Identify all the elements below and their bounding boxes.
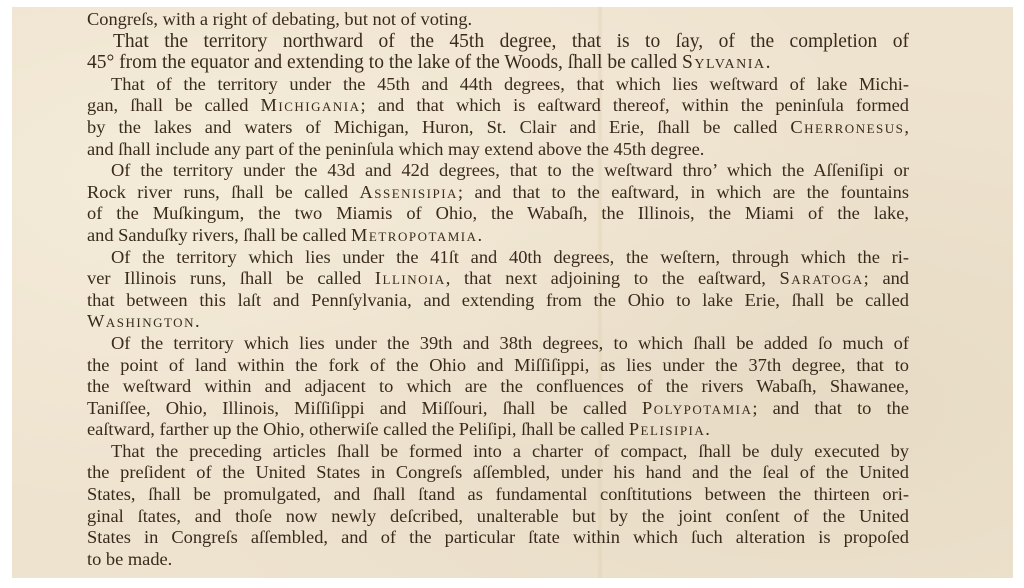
territory-name-michigania: Michigania bbox=[261, 95, 361, 115]
text-line: the weſtward within and adjacent to whic… bbox=[87, 376, 909, 398]
territory-name-sylvania: Sylvania bbox=[682, 52, 766, 73]
territory-name-metropotamia: Metropotamia bbox=[351, 225, 477, 245]
text-line: Rock river runs, ſhall be called Assenis… bbox=[87, 182, 909, 204]
text-line: 45° from the equator and extending to th… bbox=[87, 52, 909, 74]
territory-name-assenisipia: Assenisipia bbox=[360, 182, 458, 202]
text-fragment: , that next adjoining to the eaſtward, bbox=[446, 268, 780, 288]
text-fragment: Taniſſee, Ohio, Illinois, Miſſiſippi and… bbox=[87, 398, 642, 418]
text-line: That of the territory under the 45th and… bbox=[87, 74, 909, 96]
text-line: and Sanduſky rivers, ſhall be called Met… bbox=[87, 225, 909, 247]
territory-name-saratoga: Saratoga bbox=[780, 268, 864, 288]
text-fragment: . bbox=[478, 225, 483, 245]
text-line: States, ſhall be promulgated, and ſhall … bbox=[87, 484, 909, 506]
text-fragment: 45° from the equator and extending to th… bbox=[87, 52, 682, 73]
text-fragment: by the lakes and waters of Michigan, Hur… bbox=[87, 117, 790, 137]
text-fragment: gan, ſhall be called bbox=[87, 95, 261, 115]
text-fragment: ; and bbox=[864, 268, 909, 288]
text-line: Washington. bbox=[87, 311, 909, 333]
text-line: that between this laſt and Pennſylvania,… bbox=[87, 290, 909, 312]
territory-name-pelisipia: Pelisipia bbox=[629, 419, 705, 439]
text-fragment: . bbox=[766, 52, 771, 73]
text-line: to be made. bbox=[87, 549, 909, 571]
territory-name-illinoia: Illinoia bbox=[375, 268, 446, 288]
text-line: That the preceding articles ſhall be for… bbox=[87, 441, 909, 463]
text-line: the point of land within the fork of the… bbox=[87, 355, 909, 377]
text-line: Of the territory which lies under the 39… bbox=[87, 333, 909, 355]
text-line: of the Muſkingum, the two Miamis of Ohio… bbox=[87, 203, 909, 225]
text-fragment: ; and that to the eaſtward, in which are… bbox=[458, 182, 909, 202]
text-line: by the lakes and waters of Michigan, Hur… bbox=[87, 117, 909, 139]
text-line: ginal ſtates, and thoſe now newly deſcri… bbox=[87, 506, 909, 528]
document-body: Congreſs, with a right of debating, but … bbox=[87, 9, 909, 570]
text-fragment: ; and that to the bbox=[752, 398, 909, 418]
text-fragment: , bbox=[904, 117, 909, 137]
text-fragment: . bbox=[195, 311, 200, 331]
text-fragment: . bbox=[705, 419, 710, 439]
text-line: Congreſs, with a right of debating, but … bbox=[87, 9, 909, 31]
territory-name-washington: Washington bbox=[87, 311, 195, 331]
text-line: eaſtward, farther up the Ohio, otherwiſe… bbox=[87, 419, 909, 441]
text-fragment: ; and that which is eaſtward thereof, wi… bbox=[360, 95, 909, 115]
territory-name-polypotamia: Polypotamia bbox=[642, 398, 752, 418]
text-fragment: ver Illinois runs, ſhall be called bbox=[87, 268, 375, 288]
text-fragment: eaſtward, farther up the Ohio, otherwiſe… bbox=[87, 419, 629, 439]
text-line: and ſhall include any part of the peninſ… bbox=[87, 139, 909, 161]
text-line: Of the territory which lies under the 41… bbox=[87, 247, 909, 269]
territory-name-cherronesus: Cherronesus bbox=[790, 117, 904, 137]
text-line: gan, ſhall be called Michigania; and tha… bbox=[87, 95, 909, 117]
text-fragment: and Sanduſky rivers, ſhall be called bbox=[87, 225, 351, 245]
text-line: Of the territory under the 43d and 42d d… bbox=[87, 160, 909, 182]
text-line: ver Illinois runs, ſhall be called Illin… bbox=[87, 268, 909, 290]
document-page: Congreſs, with a right of debating, but … bbox=[12, 7, 1013, 578]
text-line: That the territory northward of the 45th… bbox=[87, 31, 909, 53]
text-fragment: Rock river runs, ſhall be called bbox=[87, 182, 360, 202]
text-line: States in Congreſs aſſembled, and of the… bbox=[87, 527, 909, 549]
text-line: Taniſſee, Ohio, Illinois, Miſſiſippi and… bbox=[87, 398, 909, 420]
text-line: the preſident of the United States in Co… bbox=[87, 462, 909, 484]
